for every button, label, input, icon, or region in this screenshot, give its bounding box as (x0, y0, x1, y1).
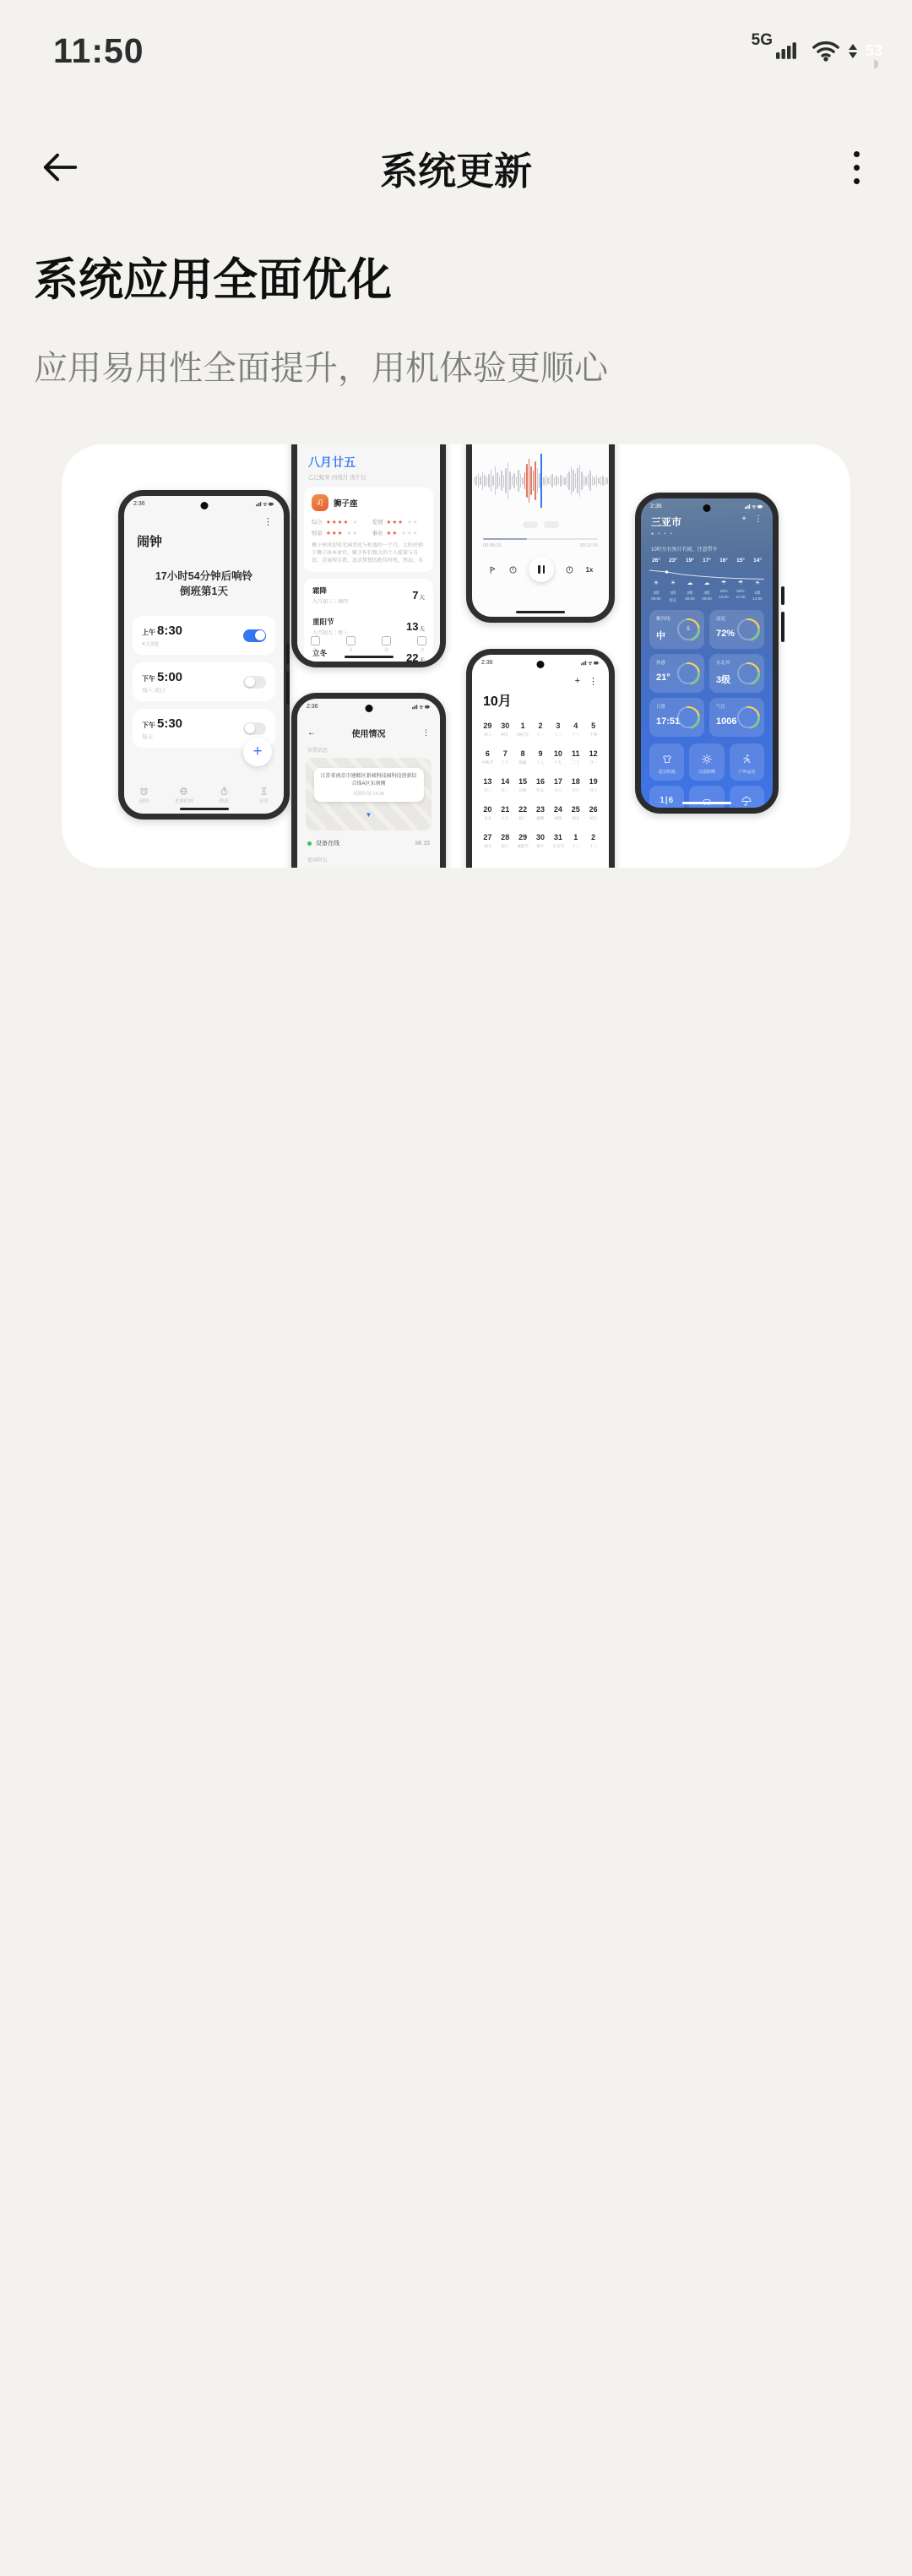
map-pin-icon: ▼ (366, 811, 372, 819)
home-indicator (180, 808, 229, 810)
camera-punch-hole (200, 502, 208, 509)
horoscope-ratings: 综合 ★★★★★ 爱情 ★★★★★ 财富 ★★★★★ 事业 ★★★★★ (312, 518, 426, 536)
weather-index-tile: 户外运动 (730, 743, 764, 781)
alarm-headline: 17小时54分钟后响铃 倒班第1天 (124, 569, 284, 599)
gauge-icon (677, 662, 699, 684)
weather-index-tile: 适宜洗车 (689, 786, 724, 814)
calendar-day-cell: 1 十二 (567, 830, 584, 852)
page-header-title: 系统更新 (0, 140, 912, 195)
weather-metric-cards: 紫外线 中 5 湿度 72% 体感 21° 东北风 3级 日落 17:51 气压 (649, 610, 764, 737)
mock-kebab-icon: ⋮ (754, 515, 763, 524)
weather-metric-card: 体感 21° (649, 654, 704, 693)
horoscope-card: ♌ 狮子座 综合 ★★★★★ 爱情 ★★★★★ 财富 ★★★★★ 事业 ★★★★… (304, 487, 433, 572)
calendar-day-cell: 6 中秋节 (479, 746, 497, 768)
recorder-phone-mockup: 00:08:16 00:12:15 1x (466, 444, 615, 623)
alarm-row: 上午8:30 4天3班 (133, 616, 275, 655)
back-arrow-icon (41, 148, 79, 187)
add-alarm-fab: + (243, 738, 272, 766)
weather-alert-text: 10时左右预计有雨，注意带伞 (651, 545, 763, 553)
recorder-pill (523, 521, 538, 528)
gauge-icon (737, 662, 759, 684)
online-label: 设备在线 (316, 839, 339, 847)
rating-row: 爱情 ★★★★★ (372, 518, 426, 526)
recorder-pills (472, 521, 609, 528)
phone-side-button (781, 586, 784, 605)
alarm-phone-mockup: 2:36 ⋮ 闹钟 17小时54分钟后响铃 倒班第1天 上午8:30 4天3班 … (118, 490, 290, 820)
camera-punch-hole (365, 705, 372, 712)
weather-condition-icon: ☀ (648, 580, 665, 588)
calendar-day-cell: 27 初七 (479, 830, 497, 852)
calendar-day-cell: 25 初五 (567, 802, 584, 824)
calendar-day-cell: 24 初四 (549, 802, 567, 824)
page-indicator-dots: ● • • • (651, 531, 681, 536)
weather-condition-icon: ☀ (749, 580, 766, 588)
calendar-day-cell: 30 初十 (532, 830, 550, 852)
weather-city: 三亚市 (651, 515, 681, 529)
rewind-icon (508, 565, 518, 575)
wifi-icon (812, 40, 840, 62)
calendar-day-cell: 20 廿九 (479, 802, 497, 824)
gauge-icon (677, 706, 699, 728)
gauge-icon: 5 (677, 618, 699, 640)
horoscope-description: 狮子座将迎来充满变化与机遇的一个月，太阳亮相于狮子座本命宫，赋予你们强大的个人能… (312, 542, 426, 565)
alarm-tab: 世界时钟 (164, 787, 204, 804)
calendar-day-cell: 29 初八 (479, 718, 497, 740)
usage-phone-mockup: 2:36 ← 使用情况 ⋮ 位置信息 江苏省南京市建邺区新城科技园科技创新综合体… (291, 693, 446, 868)
weather-condition-icon: ☀ (665, 580, 681, 588)
calendar-day-cell: 10 十九 (549, 746, 567, 768)
alarm-tab: 计时 (244, 787, 284, 804)
flag-marker-icon (488, 565, 497, 575)
calendar-grid: 29 初八 30 初九 1 国庆节 2 十一 3 十二 4 十三 5 十四 6 (472, 715, 609, 852)
data-arrows-icon (849, 44, 857, 58)
weather-index-tile: 适宜短袖 (649, 743, 684, 781)
calendar-phone-mockup: 2:36 + ⋮ 10月 29 初八 30 初九 1 国庆节 2 十一 (466, 649, 615, 868)
hourly-column: 23° ☀ 2级 现在 (665, 558, 681, 603)
add-city-icon: + (741, 515, 746, 524)
stars-filled: ★★ (387, 530, 399, 536)
weather-condition-icon: ☂ (732, 580, 749, 588)
weather-phone-mockup: 2:36 三亚市 ● • • • + ⋮ 10时左右预计有雨，注意带伞 2 (635, 493, 779, 814)
calendar-day-cell: 7 十六 (497, 746, 514, 768)
update-section-subtitle: 应用易用性全面提升，用机体验更顺心 (34, 346, 878, 390)
stars-empty: ★★★ (401, 530, 418, 536)
calendar-day-cell: 16 廿五 (532, 774, 550, 796)
calendar-month-title: 10月 (483, 690, 609, 710)
hourly-column: 16° ☂ 20% 10:00 (715, 558, 732, 603)
index-icon (701, 754, 712, 765)
weather-index-tile: 雨具常备 (730, 786, 764, 814)
calendar-day-cell: 23 霜降 (532, 802, 550, 824)
location-tooltip: 江苏省南京市建邺区新城科技园科技创新综合体A区东南侧 更新时间 14:30 (313, 768, 423, 802)
camera-punch-hole (537, 661, 545, 668)
location-map: 江苏省南京市建邺区新城科技园科技创新综合体A区东南侧 更新时间 14:30 ▼ (306, 758, 432, 831)
festival-row: 霜降 九月初三｜周四 7天 (312, 580, 425, 611)
alarm-list: 上午8:30 4天3班 下午5:00 周六 周日 下午5:30 每天 (124, 616, 284, 748)
calendar-day-cell: 17 廿六 (549, 774, 567, 796)
phone-side-button (286, 644, 290, 664)
calendar-day-cell: 11 二十 (567, 746, 584, 768)
calendar-day-cell: 14 廿三 (497, 774, 514, 796)
weather-index-tile: 1|6 今日限行 (649, 786, 684, 814)
mock-kebab-icon: ⋮ (589, 676, 598, 687)
weather-metric-card: 东北风 3级 (709, 654, 764, 693)
rating-row: 财富 ★★★★★ (312, 529, 366, 536)
phone-side-button (286, 671, 290, 705)
mock-status-bar: 2:36 (472, 655, 609, 666)
calendar-day-cell: 13 廿二 (479, 774, 497, 796)
alarm-tab: 闹钟 (124, 787, 164, 804)
mock-status-bar: 2:36 (641, 498, 773, 509)
audio-waveform (472, 454, 609, 508)
calendar-day-cell: 2 十三 (584, 830, 602, 852)
weather-condition-icon: ☁ (681, 580, 698, 588)
playhead-line (540, 454, 542, 508)
weather-metric-card: 紫外线 中 5 (649, 610, 704, 649)
feature-image[interactable]: 2:36 ⋮ 闹钟 17小时54分钟后响铃 倒班第1天 上午8:30 4天3班 … (62, 444, 850, 868)
alarm-app-title: 闹钟 (137, 532, 284, 550)
alarm-toggle (243, 676, 266, 689)
calendar-day-cell: 12 廿一 (584, 746, 602, 768)
horoscope-name: 狮子座 (334, 497, 358, 509)
calendar-day-cell: 2 十一 (532, 718, 550, 740)
stars-filled: ★★★ (326, 530, 343, 536)
stars-empty: ★ (352, 519, 358, 526)
calendar-day-cell: 30 初九 (497, 718, 514, 740)
calendar-day-cell: 3 十二 (549, 718, 567, 740)
playback-progress (483, 538, 598, 540)
pause-button (529, 557, 554, 582)
phone-side-button (781, 612, 784, 642)
almanac-phone-mockup: 八月廿五 乙巳蛇年 丙戌月 戊午日 ♌ 狮子座 综合 ★★★★★ 爱情 ★★★★… (291, 444, 446, 667)
alarm-tabbar: 闹钟 世界时钟 秒表 计时 (124, 787, 284, 804)
weather-condition-icon: ☁ (698, 580, 715, 588)
rating-row: 综合 ★★★★★ (312, 518, 366, 526)
hourly-column: 15° ☂ 50% 11:00 (732, 558, 749, 603)
duration-section-label: 使用时长 (307, 856, 440, 863)
alarm-toggle (243, 629, 266, 642)
update-section-title: 系统应用全面优化 (34, 253, 878, 308)
calendar-day-cell: 28 初八 (497, 830, 514, 852)
more-options-button[interactable] (842, 143, 871, 193)
index-icon (741, 754, 752, 765)
calendar-day-cell: 1 国庆节 (514, 718, 532, 740)
hourly-forecast: 26° ☀ 2级 06:00 23° ☀ 2级 现在 19° ☁ 2级 08:0… (648, 558, 766, 603)
calendar-day-cell: 5 十四 (584, 718, 602, 740)
hourly-column: 19° ☁ 2级 08:00 (681, 558, 698, 603)
calendar-day-cell: 9 十八 (532, 746, 550, 768)
alarm-toggle (243, 722, 266, 735)
almanac-tab: 日 (404, 636, 440, 653)
status-icons: 5G 53 (752, 40, 874, 62)
stars-empty: ★★ (346, 530, 358, 536)
calendar-day-cell: 19 廿八 (584, 774, 602, 796)
lunar-date-title: 八月廿五 (308, 454, 440, 471)
weather-condition-icon: ☂ (715, 580, 732, 588)
almanac-tab: 周 (369, 636, 404, 653)
status-bar: 11:50 5G 53 (0, 0, 912, 84)
signal-bars-icon (776, 41, 798, 60)
weather-metric-card: 气压 1006 (709, 698, 764, 737)
calendar-day-cell: 4 十三 (567, 718, 584, 740)
add-event-icon: + (575, 676, 580, 687)
mock-status-bar: 2:36 (124, 496, 284, 507)
elapsed-time: 00:08:16 (483, 543, 501, 548)
location-section-label: 位置信息 (307, 746, 440, 754)
lunar-date-sub: 乙巳蛇年 丙戌月 戊午日 (308, 473, 440, 481)
online-dot (307, 841, 312, 846)
stars-empty: ★★ (407, 519, 419, 526)
calendar-day-cell: 29 重阳节 (514, 830, 532, 852)
weather-index-tile: 注意防晒 (689, 743, 724, 781)
calendar-day-cell: 26 初六 (584, 802, 602, 824)
rating-row: 事业 ★★★★★ (372, 529, 426, 536)
almanac-tab: 年 (297, 636, 333, 653)
mock-status-bar: 2:36 (297, 699, 440, 710)
stars-filled: ★★★★ (326, 519, 349, 526)
calendar-day-cell: 18 廿七 (567, 774, 584, 796)
festival-list: 霜降 九月初三｜周四 7天 重阳节 九月初九｜周三 13天 立冬 九月十八｜周五… (304, 579, 433, 667)
gauge-icon (737, 618, 759, 640)
weather-metric-card: 湿度 72% (709, 610, 764, 649)
hourly-column: 26° ☀ 2级 06:00 (648, 558, 665, 603)
usage-title: 使用情况 (297, 727, 440, 739)
alarm-tab: 秒表 (204, 787, 244, 804)
alarm-row: 下午5:00 周六 周日 (133, 662, 275, 701)
camera-punch-hole (703, 504, 711, 512)
weather-metric-card: 日落 17:51 (649, 698, 704, 737)
total-time: 00:12:15 (580, 543, 598, 548)
index-icon (741, 796, 752, 807)
almanac-tab: 月 (333, 636, 368, 653)
hourly-column: 14° ☀ 2级 12:00 (749, 558, 766, 603)
cellular-signal-icon: 5G (752, 41, 798, 60)
calendar-day-cell: 31 万圣节 (549, 830, 567, 852)
index-icon (701, 796, 712, 807)
mock-kebab-icon: ⋮ (263, 516, 273, 527)
hourly-column: 17° ☁ 3级 09:00 (698, 558, 715, 603)
calendar-day-cell: 21 九月 (497, 802, 514, 824)
forward-icon (565, 565, 574, 575)
calendar-day-cell: 22 初二 (514, 802, 532, 824)
gauge-icon (737, 706, 759, 728)
app-header: 系统更新 (0, 120, 912, 215)
status-time: 11:50 (53, 31, 144, 71)
leo-icon: ♌ (312, 494, 328, 511)
index-icon (661, 754, 672, 765)
waveform-timeline (472, 508, 609, 511)
home-indicator (516, 611, 565, 613)
device-name: Mi 15 (415, 841, 430, 847)
network-type-label: 5G (752, 31, 773, 50)
stars-filled: ★★★ (387, 519, 404, 526)
back-button[interactable] (41, 138, 100, 197)
home-indicator (682, 802, 731, 804)
playback-speed: 1x (585, 566, 593, 574)
almanac-tabbar: 年月周日 (297, 636, 440, 653)
recorder-pill (544, 521, 559, 528)
home-indicator (345, 656, 394, 658)
calendar-day-cell: 8 寒露 (514, 746, 532, 768)
calendar-day-cell: 15 廿四 (514, 774, 532, 796)
